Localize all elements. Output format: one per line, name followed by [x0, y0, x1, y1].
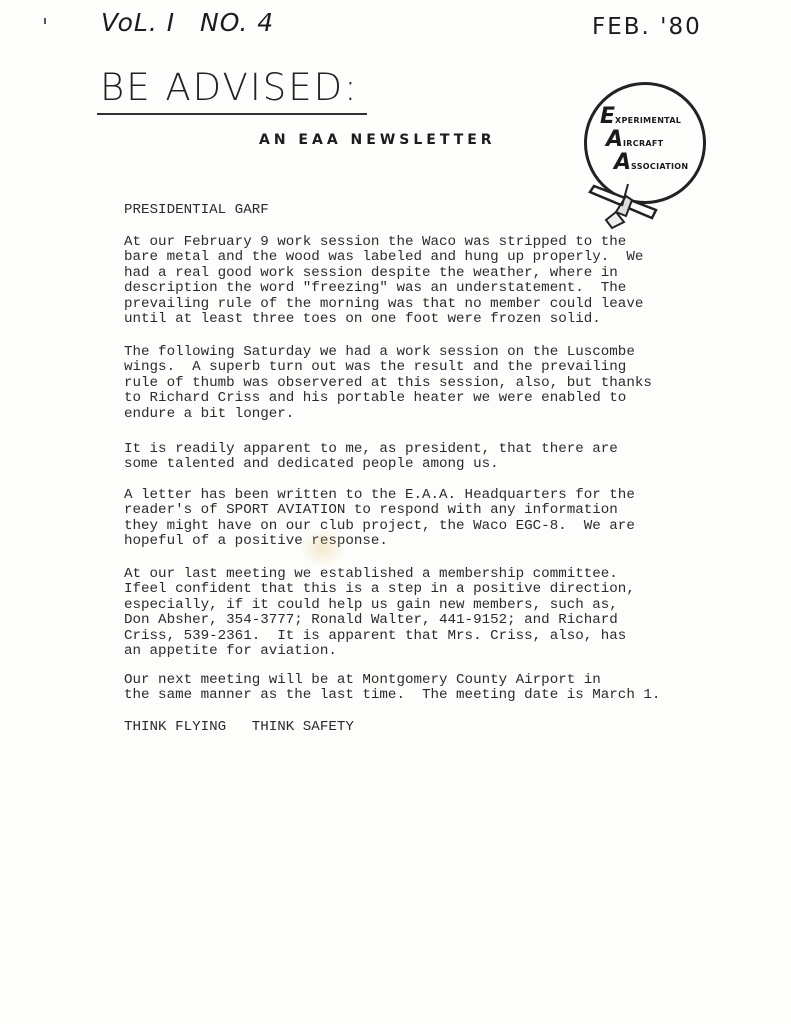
- article-paragraph: At our February 9 work session the Waco …: [124, 235, 643, 327]
- logo-line-association: ASSOCIATION: [614, 150, 688, 175]
- article-paragraph: The following Saturday we had a work ses…: [124, 345, 652, 422]
- article-paragraph: Our next meeting will be at Montgomery C…: [124, 673, 660, 704]
- newsletter-subtitle: AN EAA NEWSLETTER: [259, 132, 496, 148]
- article-paragraph: A letter has been written to the E.A.A. …: [124, 488, 635, 550]
- article-paragraph: At our last meeting we established a mem…: [124, 567, 635, 659]
- eaa-logo: EXPERIMENTAL AIRCRAFT ASSOCIATION: [578, 82, 708, 232]
- logo-line-aircraft: AIRCRAFT: [606, 127, 663, 152]
- article-signoff: THINK FLYING THINK SAFETY: [124, 720, 354, 735]
- volume-label: VoL. I: [101, 8, 175, 37]
- issue-number: NO. 4: [200, 8, 274, 37]
- issue-date: FEB. '80: [592, 14, 702, 40]
- logo-line-experimental: EXPERIMENTAL: [600, 104, 681, 129]
- newsletter-title: BE ADVISED:: [100, 66, 359, 109]
- margin-mark: [44, 18, 46, 24]
- article-paragraph: It is readily apparent to me, as preside…: [124, 442, 618, 473]
- airplane-icon: [586, 182, 666, 230]
- title-underline: [97, 113, 367, 115]
- article-heading: PRESIDENTIAL GARF: [124, 203, 269, 218]
